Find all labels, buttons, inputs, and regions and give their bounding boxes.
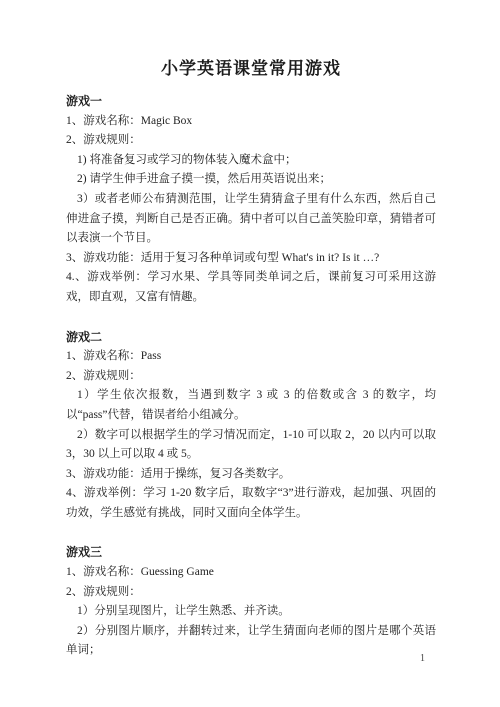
game-section-1: 游戏一 1、游戏名称：Magic Box 2、游戏规则： 1) 将准备复习或学习… xyxy=(66,92,436,308)
document-page: 小学英语课堂常用游戏 游戏一 1、游戏名称：Magic Box 2、游戏规则： … xyxy=(0,0,500,707)
paragraph: 4.、游戏举例：学习水果、学具等同类单词之后，课前复习可采用这游戏，即直观，又富… xyxy=(66,268,436,307)
paragraph: 1、游戏名称：Pass xyxy=(66,347,436,367)
paragraph: 2、游戏规则： xyxy=(66,131,436,151)
rule-item: 1) 将准备复习或学习的物体装入魔术盒中； xyxy=(66,151,436,171)
section-1-heading: 游戏一 xyxy=(66,92,436,112)
paragraph: 2、游戏规则： xyxy=(66,367,436,387)
rule-item: 1）学生依次报数，当遇到数字 3 或 3 的倍数或含 3 的数字，均以“pass… xyxy=(66,386,436,425)
paragraph: 1、游戏名称：Magic Box xyxy=(66,112,436,132)
section-2-heading: 游戏二 xyxy=(66,328,436,348)
paragraph: 1、游戏名称：Guessing Game xyxy=(66,563,436,583)
paragraph: 3、游戏功能：适用于操练，复习各类数字。 xyxy=(66,465,436,485)
paragraph: 4、游戏举例：学习 1-20 数字后，取数字“3”进行游戏，起加强、巩固的功效，… xyxy=(66,484,436,523)
rule-item: 3）或者老师公布猜测范围，让学生猜猜盒子里有什么东西，然后自己伸进盒子摸，判断自… xyxy=(66,190,436,249)
page-number: 1 xyxy=(420,653,425,664)
rule-item: 2) 请学生伸手进盒子摸一摸，然后用英语说出来； xyxy=(66,170,436,190)
paragraph: 3、游戏功能：适用于复习各种单词或句型 What's in it? Is it … xyxy=(66,249,436,269)
rule-item: 1）分别呈现图片，让学生熟悉、并齐读。 xyxy=(66,602,436,622)
game-section-3: 游戏三 1、游戏名称：Guessing Game 2、游戏规则： 1）分别呈现图… xyxy=(66,543,436,661)
paragraph: 2、游戏规则： xyxy=(66,583,436,603)
rule-item: 2）数字可以根据学生的学习情况而定，1-10 可以取 2，20 以内可以取 3，… xyxy=(66,426,436,465)
game-section-2: 游戏二 1、游戏名称：Pass 2、游戏规则： 1）学生依次报数，当遇到数字 3… xyxy=(66,328,436,524)
page-title: 小学英语课堂常用游戏 xyxy=(66,56,436,82)
rule-item: 2）分别图片顺序，并翻转过来，让学生猜面向老师的图片是哪个英语单词； xyxy=(66,622,436,661)
section-3-heading: 游戏三 xyxy=(66,543,436,563)
